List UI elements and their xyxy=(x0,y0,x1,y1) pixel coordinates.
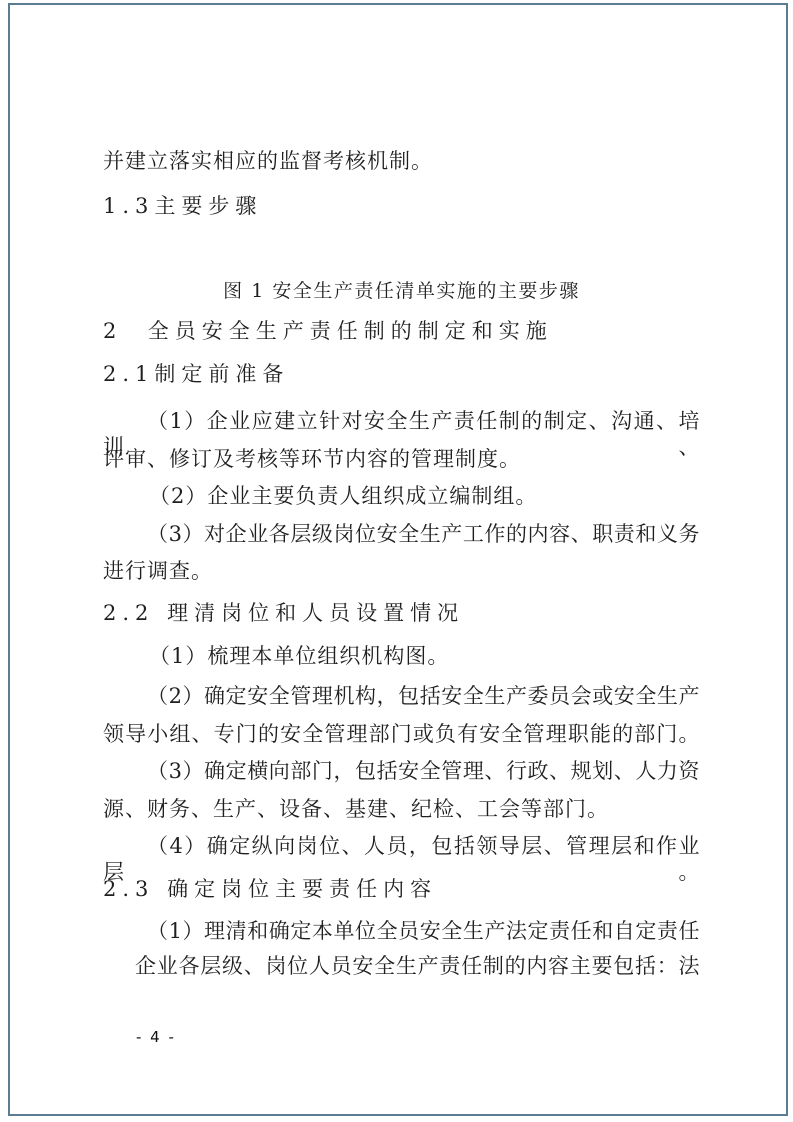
document-page: 并建立落实相应的监督考核机制。1.3主要步骤图 1 安全生产责任清单实施的主要步… xyxy=(0,0,793,1122)
body-line: （2）确定安全管理机构，包括安全生产委员会或安全生产 xyxy=(103,683,700,709)
body-line: （2）企业主要负责人组织成立编制组。 xyxy=(103,483,700,509)
body-line: （3）确定横向部门，包括安全管理、行政、规划、人力资 xyxy=(103,758,700,784)
section-heading: 1.3主要步骤 xyxy=(103,193,700,219)
page-number: - 4 - xyxy=(136,1028,176,1046)
section-heading: 2.2 理清岗位和人员设置情况 xyxy=(103,600,700,626)
body-line: （1）梳理本单位组织机构图。 xyxy=(103,643,700,669)
body-line: 企业各层级、岗位人员安全生产责任制的内容主要包括：法 xyxy=(103,953,700,979)
body-line: 评审、修订及考核等环节内容的管理制度。 xyxy=(103,446,700,472)
body-line: 源、财务、生产、设备、基建、纪检、工会等部门。 xyxy=(103,796,700,822)
chapter-heading: 2 全员安全生产责任制的制定和实施 xyxy=(103,318,700,344)
section-heading: 2.3 确定岗位主要责任内容 xyxy=(103,876,700,902)
body-line: 进行调查。 xyxy=(103,558,700,584)
figure-1-placeholder xyxy=(103,222,700,274)
body-line: 领导小组、专门的安全管理部门或负有安全管理职能的部门。 xyxy=(103,721,700,747)
body-line: （1）理清和确定本单位全员安全生产法定责任和自定责任 xyxy=(103,918,700,944)
body-line: 并建立落实相应的监督考核机制。 xyxy=(103,148,700,174)
section-heading: 2.1制定前准备 xyxy=(103,361,700,387)
figure-caption: 图 1 安全生产责任清单实施的主要步骤 xyxy=(103,280,700,304)
body-line: （3）对企业各层级岗位安全生产工作的内容、职责和义务 xyxy=(103,521,700,547)
